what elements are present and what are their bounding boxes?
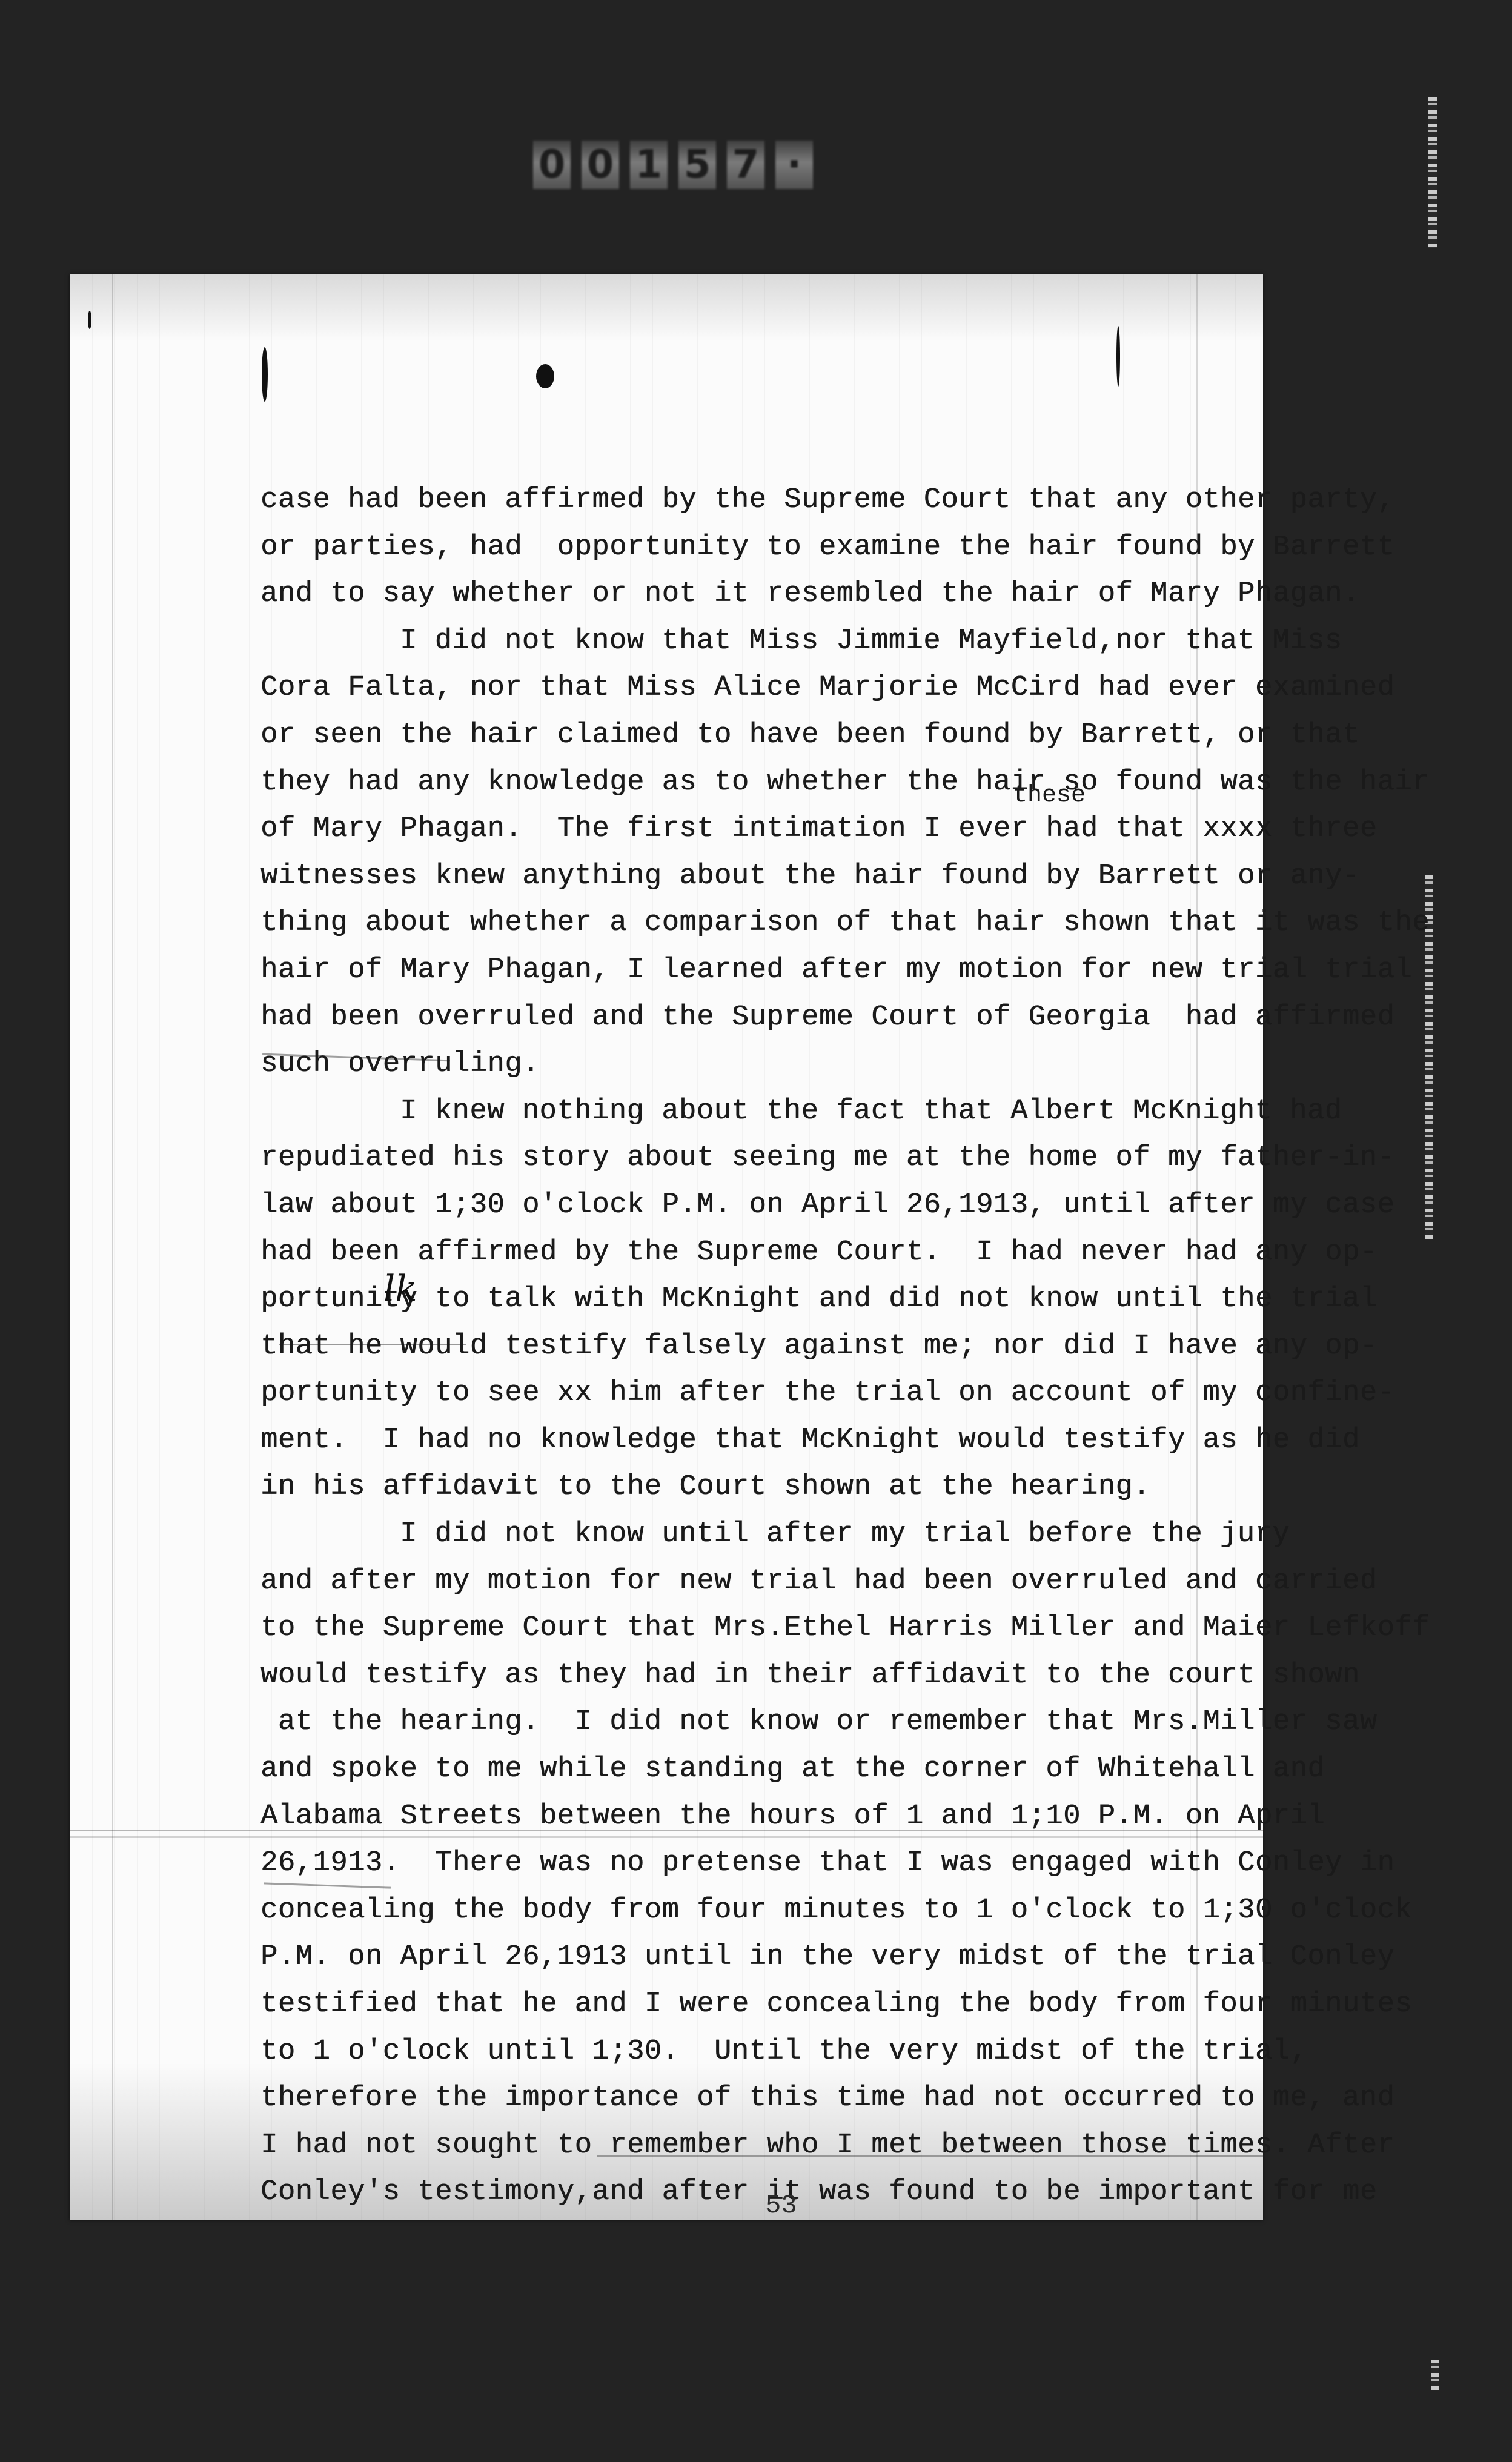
interlinear-insertion: these	[1013, 782, 1086, 809]
text-line: Cora Falta, nor that Miss Alice Marjorie…	[260, 665, 1254, 712]
text-line: such overruling.	[260, 1041, 1254, 1088]
ink-speck	[536, 364, 554, 388]
text-line: case had been affirmed by the Supreme Co…	[260, 477, 1254, 524]
text-line: or seen the hair claimed to have been fo…	[260, 712, 1254, 759]
text-line: to the Supreme Court that Mrs.Ethel Harr…	[260, 1605, 1254, 1652]
text-line: I had not sought to remember who I met b…	[260, 2122, 1254, 2169]
text-line: of Mary Phagan. The first intimation I e…	[260, 806, 1254, 853]
text-line: that he would testify falsely against me…	[260, 1323, 1254, 1370]
ink-speck	[88, 311, 91, 329]
stamp-digit: 7	[727, 141, 764, 189]
text-line: I did not know until after my trial befo…	[260, 1511, 1254, 1558]
ink-speck	[1116, 326, 1120, 387]
text-line: or parties, had opportunity to examine t…	[260, 524, 1254, 571]
text-line: in his affidavit to the Court shown at t…	[260, 1464, 1254, 1511]
text-line: therefore the importance of this time ha…	[260, 2075, 1254, 2122]
text-line: law about 1;30 o'clock P.M. on April 26,…	[260, 1182, 1254, 1229]
stamp-digit: 5	[678, 141, 716, 189]
text-line: they had any knowledge as to whether the…	[260, 759, 1254, 806]
stamp-digit: 0	[533, 141, 571, 189]
text-line: and after my motion for new trial had be…	[260, 1558, 1254, 1605]
frame-number-stamp: 0 0 1 5 7 ·	[533, 134, 813, 195]
text-line: concealing the body from four minutes to…	[260, 1887, 1254, 1934]
body-text: case had been affirmed by the Supreme Co…	[260, 477, 1254, 2216]
text-line: and to say whether or not it resembled t…	[260, 571, 1254, 618]
text-line: had been overruled and the Supreme Court…	[260, 994, 1254, 1041]
text-line: and spoke to me while standing at the co…	[260, 1746, 1254, 1793]
handwritten-correction: lk	[383, 1268, 417, 1310]
text-line: repudiated his story about seeing me at …	[260, 1135, 1254, 1182]
text-line: I did not know that Miss Jimmie Mayfield…	[260, 618, 1254, 665]
text-line: Alabama Streets between the hours of 1 a…	[260, 1793, 1254, 1840]
text-line: hair of Mary Phagan, I learned after my …	[260, 947, 1254, 994]
text-line: ment. I had no knowledge that McKnight w…	[260, 1417, 1254, 1464]
document-page: case had been affirmed by the Supreme Co…	[70, 274, 1263, 2220]
text-line: to 1 o'clock until 1;30. Until the very …	[260, 2028, 1254, 2075]
ink-speck	[262, 347, 268, 402]
film-edge-bottom	[1431, 2360, 1439, 2390]
stamp-digit: 0	[582, 141, 619, 189]
film-edge-top	[1428, 97, 1437, 248]
text-line: 26,1913. There was no pretense that I wa…	[260, 1840, 1254, 1887]
scan-artifact-line	[112, 274, 113, 2220]
text-line: testified that he and I were concealing …	[260, 1981, 1254, 2028]
stamp-digit: ·	[775, 141, 813, 189]
text-line: would testify as they had in their affid…	[260, 1652, 1254, 1699]
text-line: P.M. on April 26,1913 until in the very …	[260, 1934, 1254, 1981]
stamp-digit: 1	[630, 141, 668, 189]
text-line: I knew nothing about the fact that Alber…	[260, 1088, 1254, 1135]
text-line: witnesses knew anything about the hair f…	[260, 853, 1254, 900]
page-number: 53	[765, 2191, 797, 2221]
text-line: portunity to see xx him after the trial …	[260, 1370, 1254, 1417]
text-line: at the hearing. I did not know or rememb…	[260, 1699, 1254, 1746]
text-line: Conley's testimony,and after it was foun…	[260, 2169, 1254, 2216]
text-line: thing about whether a comparison of that…	[260, 900, 1254, 947]
